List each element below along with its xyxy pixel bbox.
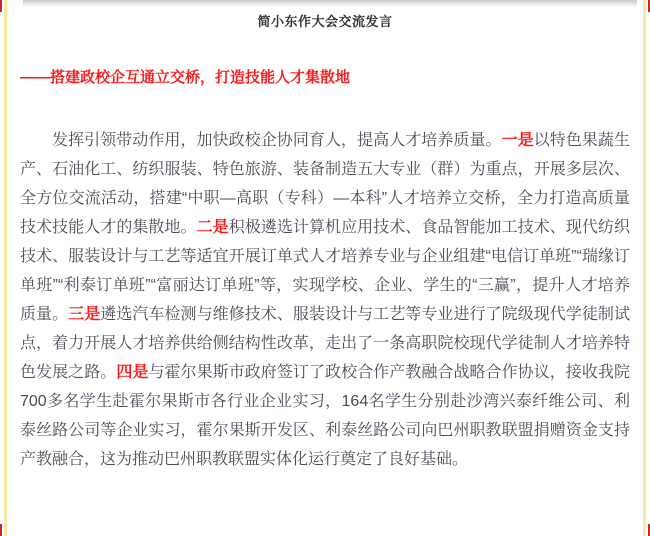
- article-subtitle: ——搭建政校企互通立交桥，打造技能人才集散地: [20, 68, 630, 88]
- page-title: 简小东作大会交流发言: [20, 13, 630, 31]
- red-frame-corner-top-left: [0, 0, 2, 12]
- body-text-segment: 发挥引领带动作用，加快政校企协同育人，提高人才培养质量。: [52, 132, 502, 149]
- article-page: 简小东作大会交流发言 ——搭建政校企互通立交桥，打造技能人才集散地 发挥引领带动…: [0, 0, 650, 536]
- article-body: 发挥引领带动作用，加快政校企协同育人，提高人才培养质量。一是以特色果蔬生产、石油…: [20, 126, 630, 474]
- highlight-marker-1: 一是: [502, 132, 534, 149]
- yellow-border-left: [4, 0, 7, 536]
- highlight-marker-4: 四是: [116, 364, 148, 381]
- red-frame-corner-bottom-left: [0, 524, 2, 536]
- article-content: 简小东作大会交流发言 ——搭建政校企互通立交桥，打造技能人才集散地 发挥引领带动…: [20, 0, 630, 474]
- highlight-marker-2: 二是: [197, 219, 229, 236]
- yellow-border-right: [643, 0, 646, 536]
- highlight-marker-3: 三是: [68, 306, 100, 323]
